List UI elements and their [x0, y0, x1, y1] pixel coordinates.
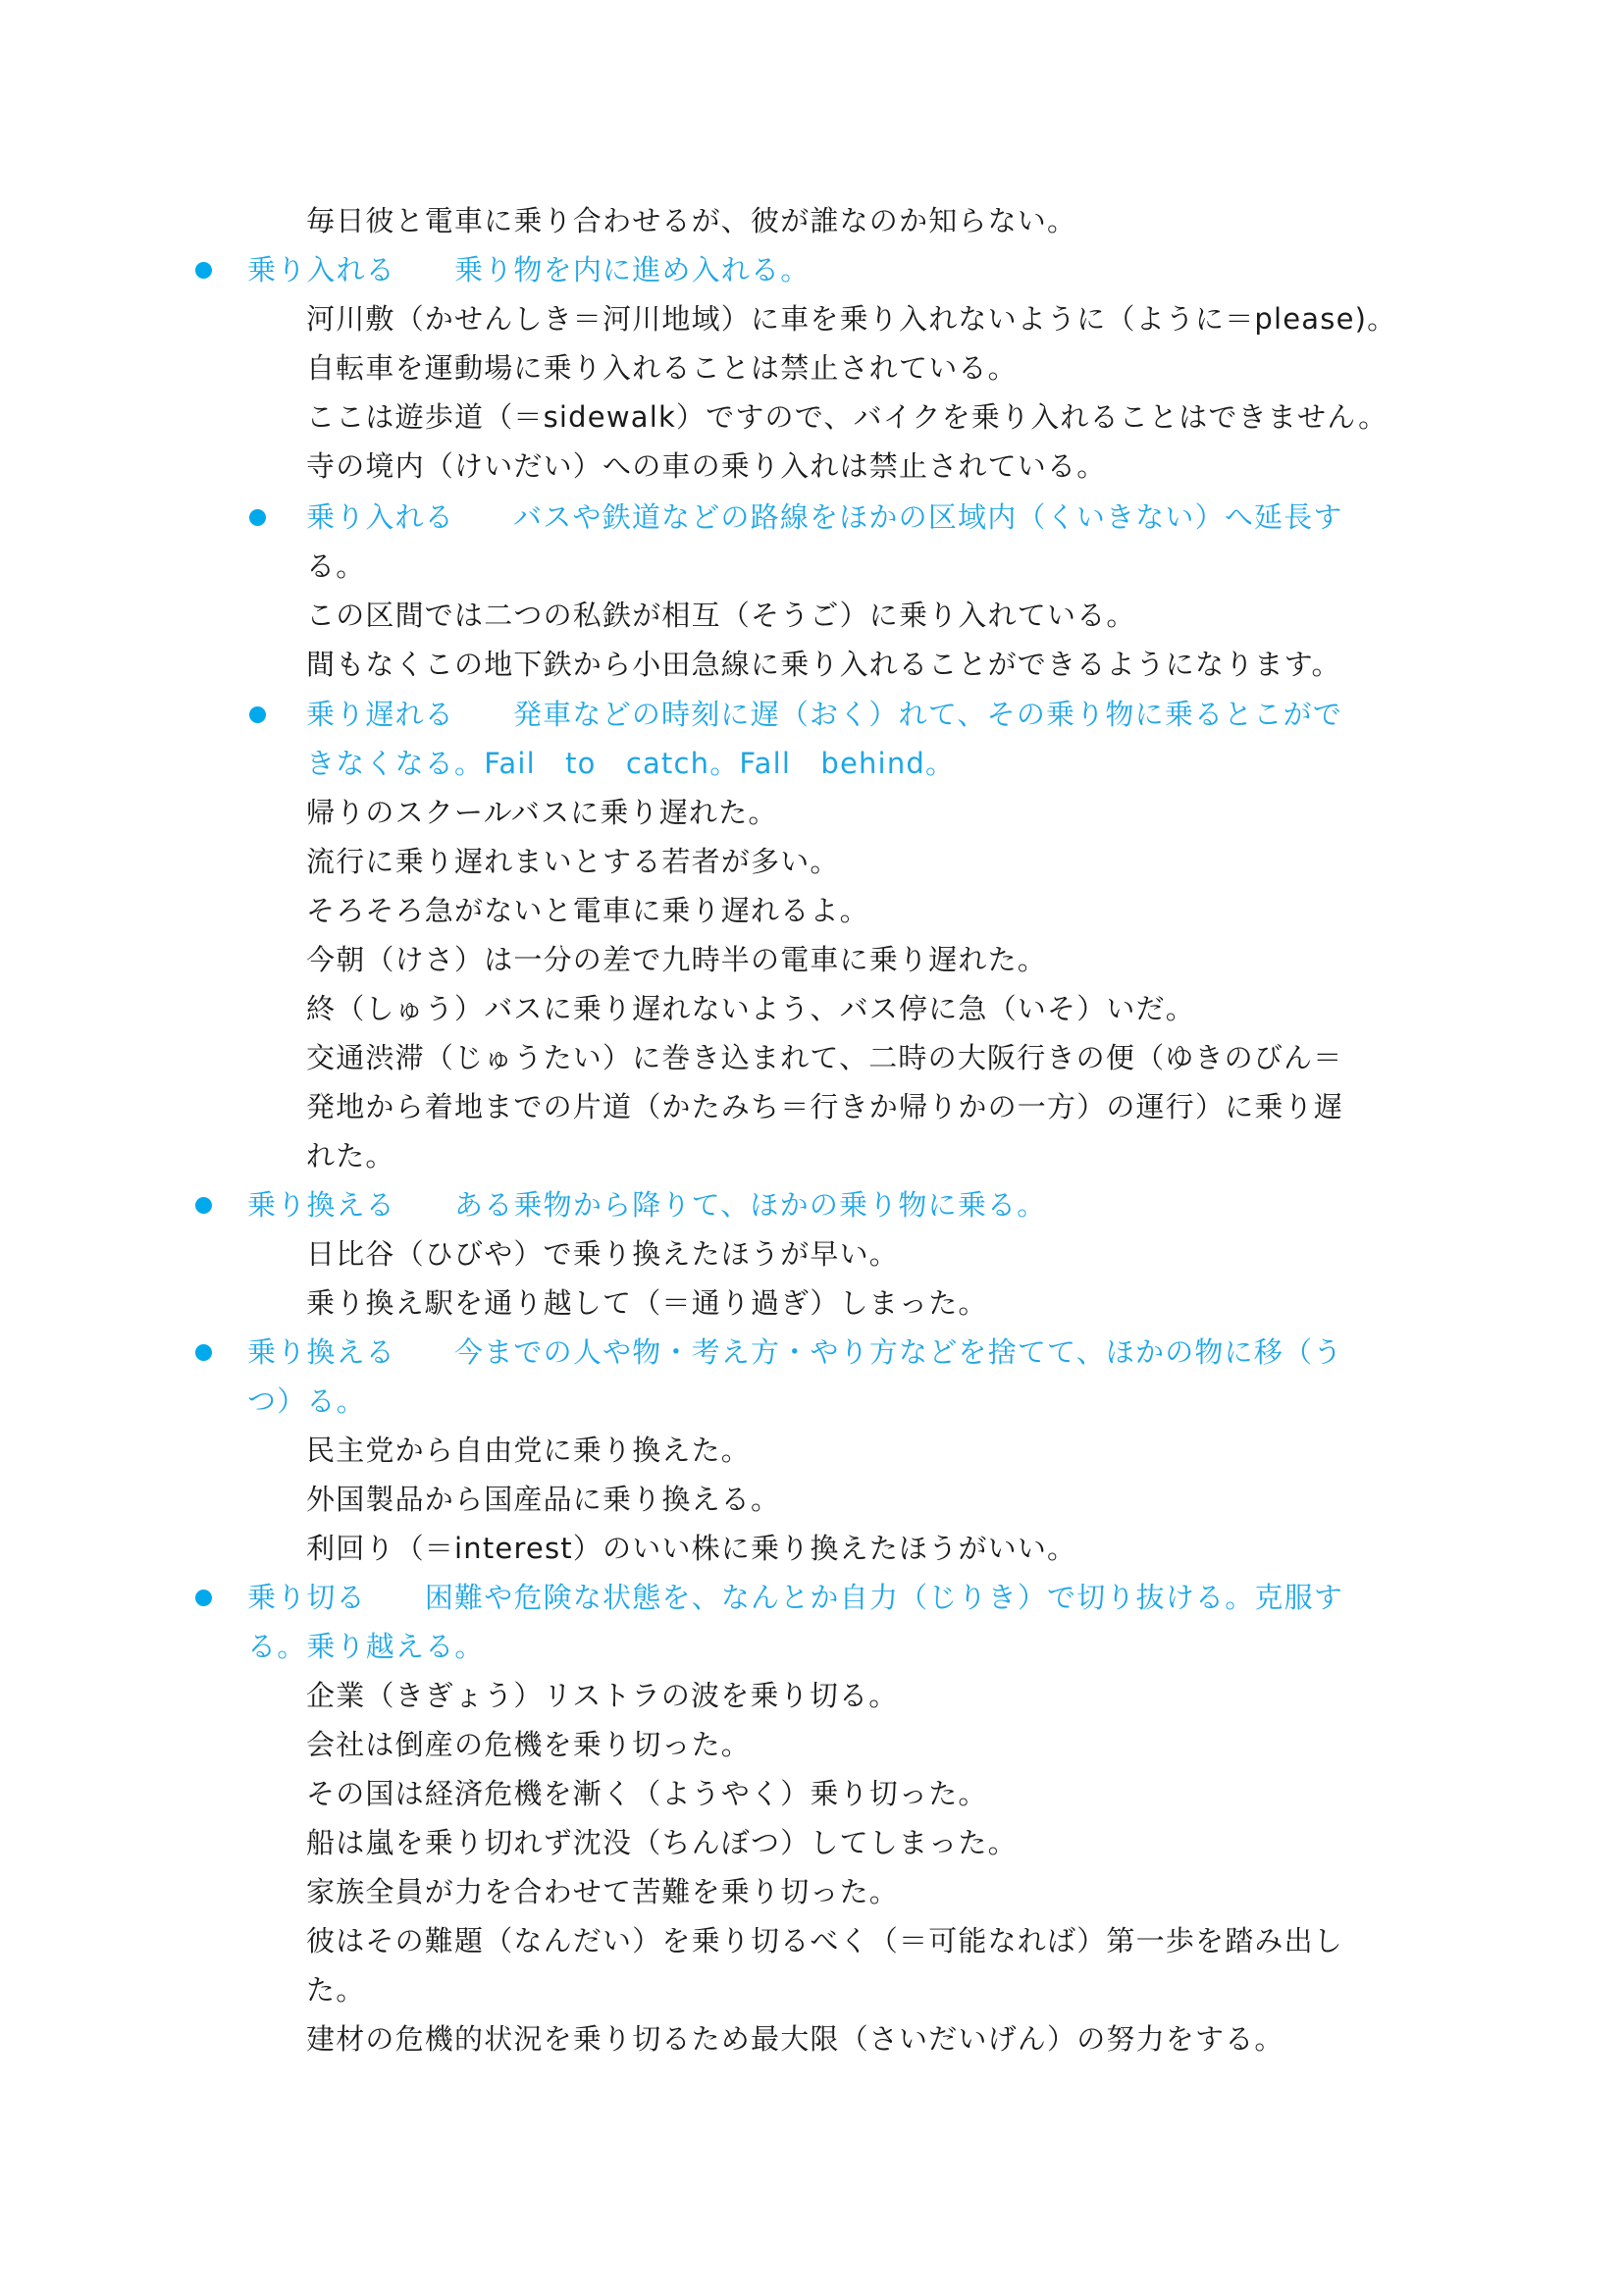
- example-sentence: この区間では二つの私鉄が相互（そうご）に乗り入れている。: [306, 591, 1136, 640]
- example-sentence: 自転車を運動場に乗り入れることは禁止されている。: [306, 343, 1018, 392]
- example-sentence: 間もなくこの地下鉄から小田急線に乗り入れることができるようになります。: [306, 640, 1341, 689]
- bullet-icon: [249, 509, 266, 526]
- example-sentence: れた。: [306, 1131, 395, 1180]
- example-sentence: 利回り（＝interest）のいい株に乗り換えたほうがいい。: [306, 1524, 1076, 1573]
- example-sentence: 発地から着地までの片道（かたみち＝行きか帰りかの一方）の運行）に乗り遅: [306, 1082, 1343, 1131]
- entry-continuation: る。乗り越える。: [247, 1622, 485, 1671]
- entry-term: 乗り換える: [247, 1180, 395, 1229]
- bullet-icon: [195, 1590, 212, 1606]
- example-sentence: 寺の境内（けいだい）への車の乗り入れは禁止されている。: [306, 442, 1106, 491]
- entry-definition: 今までの人や物・考え方・やり方などを捨てて、ほかの物に移（う: [454, 1335, 1342, 1369]
- entry-continuation: きなくなる。Fail to catch。Fall behind。: [306, 739, 955, 788]
- entry-heading: 乗り入れる乗り物を内に進め入れる。: [247, 245, 810, 294]
- entry-definition: 困難や危険な状態を、なんとか自力（じりき）で切り抜ける。克服す: [425, 1581, 1343, 1614]
- example-sentence: 毎日彼と電車に乗り合わせるが、彼が誰なのか知らない。: [306, 196, 1076, 245]
- example-sentence: 河川敷（かせんしき＝河川地域）に車を乗り入れないように（ように＝please)。: [306, 294, 1396, 343]
- entry-term: 乗り換える: [247, 1328, 395, 1377]
- example-sentence: 民主党から自由党に乗り換えた。: [306, 1426, 751, 1475]
- example-sentence: 企業（きぎょう）リストラの波を乗り切る。: [306, 1671, 898, 1720]
- example-sentence: 家族全員が力を合わせて苦難を乗り切った。: [306, 1867, 899, 1916]
- document-page: 毎日彼と電車に乗り合わせるが、彼が誰なのか知らない。乗り入れる乗り物を内に進め入…: [0, 0, 1624, 2296]
- example-sentence: 乗り換え駅を通り越して（＝通り過ぎ）しまった。: [306, 1278, 988, 1328]
- entry-term: 乗り遅れる: [306, 690, 454, 739]
- bullet-icon: [195, 1344, 212, 1361]
- entry-definition: ある乗物から降りて、ほかの乗り物に乗る。: [454, 1188, 1046, 1222]
- entry-heading: 乗り換えるある乗物から降りて、ほかの乗り物に乗る。: [247, 1180, 1046, 1229]
- example-sentence: ここは遊歩道（＝sidewalk）ですので、バイクを乗り入れることはできません。: [306, 392, 1388, 442]
- entry-term: 乗り入れる: [306, 493, 454, 542]
- entry-heading: 乗り換える今までの人や物・考え方・やり方などを捨てて、ほかの物に移（う: [247, 1328, 1342, 1377]
- entry-definition: 発車などの時刻に遅（おく）れて、その乗り物に乗るとこがで: [513, 698, 1342, 731]
- entry-heading: 乗り入れるバスや鉄道などの路線をほかの区域内（くいきない）へ延長す: [306, 493, 1343, 542]
- example-sentence: 帰りのスクールバスに乗り遅れた。: [306, 788, 778, 837]
- bullet-icon: [195, 1197, 212, 1214]
- example-sentence: その国は経済危機を漸く（ようやく）乗り切った。: [306, 1769, 988, 1818]
- entry-term: 乗り入れる: [247, 245, 395, 294]
- example-sentence: 交通渋滞（じゅうたい）に巻き込まれて、二時の大阪行きの便（ゆきのびん＝: [306, 1033, 1342, 1082]
- entry-continuation: つ）る。: [247, 1377, 366, 1426]
- entry-heading: 乗り遅れる発車などの時刻に遅（おく）れて、その乗り物に乗るとこがで: [306, 690, 1342, 739]
- example-sentence: た。: [306, 1965, 365, 2014]
- example-sentence: そろそろ急がないと電車に乗り遅れるよ。: [306, 886, 869, 935]
- example-sentence: 外国製品から国産品に乗り換える。: [306, 1475, 780, 1524]
- example-sentence: 日比谷（ひびや）で乗り換えたほうが早い。: [306, 1229, 899, 1278]
- entry-continuation: る。: [306, 542, 365, 591]
- entry-definition: バスや鉄道などの路線をほかの区域内（くいきない）へ延長す: [513, 500, 1343, 534]
- entry-term: 乗り切る: [247, 1573, 366, 1622]
- example-sentence: 会社は倒産の危機を乗り切った。: [306, 1720, 751, 1769]
- bullet-icon: [195, 262, 212, 279]
- entry-definition: 乗り物を内に進め入れる。: [454, 253, 810, 287]
- example-sentence: 終（しゅう）バスに乗り遅れないよう、バス停に急（いそ）いだ。: [306, 984, 1195, 1033]
- entry-heading: 乗り切る困難や危険な状態を、なんとか自力（じりき）で切り抜ける。克服す: [247, 1573, 1343, 1622]
- example-sentence: 今朝（けさ）は一分の差で九時半の電車に乗り遅れた。: [306, 935, 1047, 984]
- example-sentence: 船は嵐を乗り切れず沈没（ちんぼつ）してしまった。: [306, 1818, 1018, 1867]
- example-sentence: 彼はその難題（なんだい）を乗り切るべく（＝可能なれば）第一歩を踏み出し: [306, 1916, 1343, 1965]
- example-sentence: 流行に乗り遅れまいとする若者が多い。: [306, 837, 840, 886]
- example-sentence: 建材の危機的状況を乗り切るため最大限（さいだいげん）の努力をする。: [306, 2014, 1284, 2063]
- bullet-icon: [249, 706, 266, 723]
